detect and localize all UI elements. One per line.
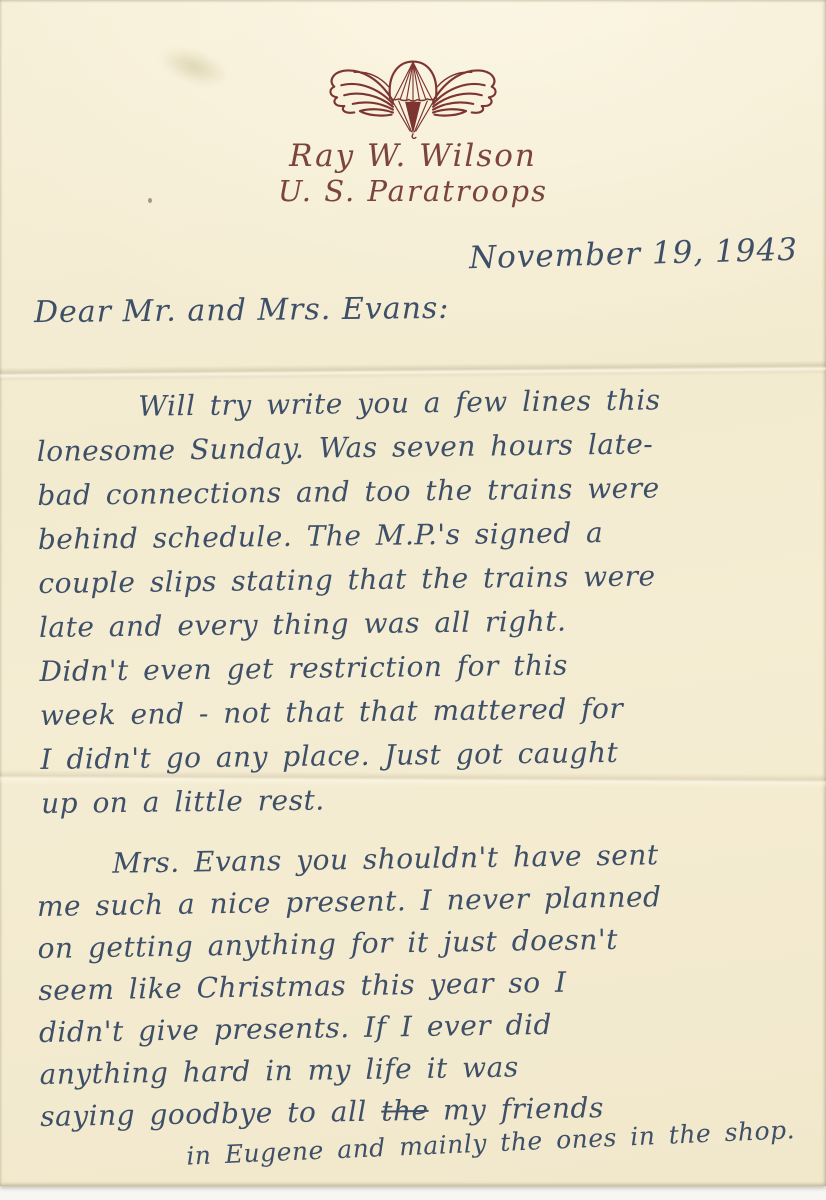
letter-date: November 19, 1943: [469, 232, 799, 277]
letter-line-segment: saying goodbye to all: [40, 1095, 381, 1133]
struck-word: the: [381, 1094, 429, 1128]
letterhead-organization: U. S. Paratroops: [0, 174, 826, 208]
letter-paper: Ray W. Wilson U. S. Paratroops November …: [0, 0, 826, 1186]
paragraph-1: Will try write you a few lines this lone…: [36, 377, 797, 826]
paratrooper-wings-icon: [318, 58, 508, 144]
letterhead-name: Ray W. Wilson: [0, 138, 826, 174]
scanned-letter: Ray W. Wilson U. S. Paratroops November …: [0, 0, 826, 1200]
paragraph-2: Mrs. Evans you shouldn't have sent me su…: [36, 832, 797, 1180]
letter-line: up on a little rest.: [41, 773, 797, 826]
letter-body: Will try write you a few lines this lone…: [36, 386, 792, 1180]
salutation: Dear Mr. and Mrs. Evans:: [34, 291, 450, 330]
letterhead: Ray W. Wilson U. S. Paratroops: [0, 0, 826, 208]
